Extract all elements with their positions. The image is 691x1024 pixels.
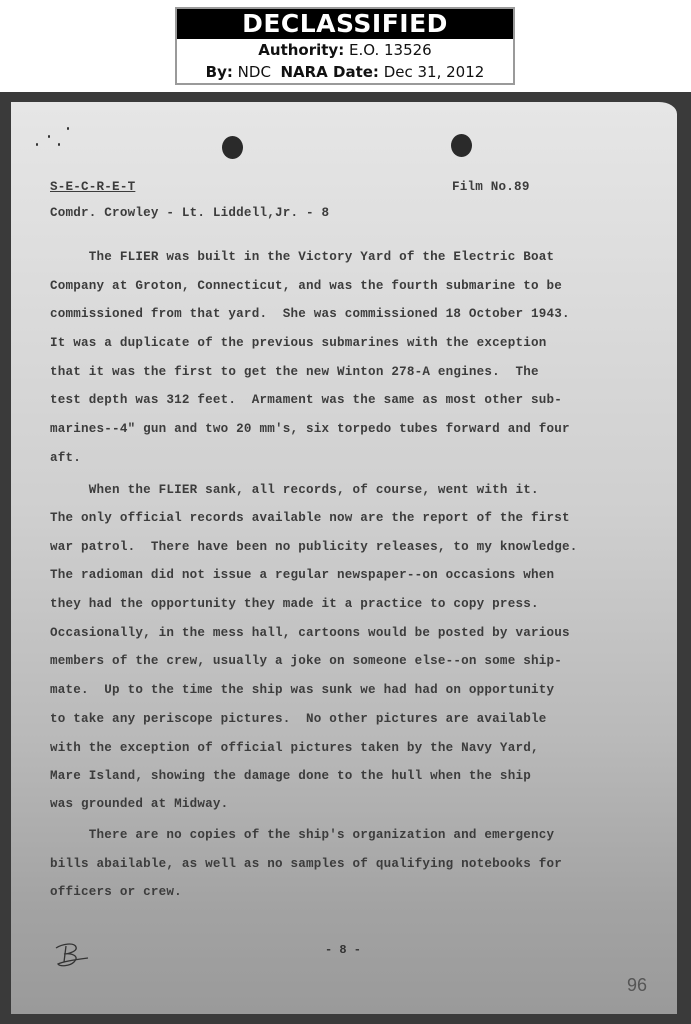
body-line: When the FLIER sank, all records, of cou… (50, 483, 539, 497)
classification-marking: S-E-C-R-E-T (50, 180, 135, 194)
body-line: Company at Groton, Connecticut, and was … (50, 279, 562, 293)
stamp-authority: Authority: E.O. 13526 (177, 39, 513, 61)
speck (48, 135, 50, 138)
body-line: was grounded at Midway. (50, 797, 228, 811)
by-label: By: (206, 63, 233, 81)
authority-value: E.O. 13526 (349, 41, 432, 59)
punch-hole-right (451, 134, 472, 157)
body-line: war patrol. There have been no publicity… (50, 540, 578, 554)
nara-date-value: Dec 31, 2012 (384, 63, 485, 81)
nara-date-label: NARA Date: (280, 63, 378, 81)
body-line: Mare Island, showing the damage done to … (50, 769, 531, 783)
handwritten-initial-icon (52, 940, 92, 970)
body-line: The only official records available now … (50, 511, 570, 525)
body-line: to take any periscope pictures. No other… (50, 712, 546, 726)
body-line: officers or crew. (50, 885, 182, 899)
stamp-by-date: By: NDC NARA Date: Dec 31, 2012 (177, 61, 513, 83)
punch-hole-left (222, 136, 243, 159)
film-number: Film No.89 (452, 180, 530, 194)
document-page (11, 102, 677, 1014)
body-line: mate. Up to the time the ship was sunk w… (50, 683, 554, 697)
page-number: - 8 - (325, 943, 361, 957)
stamp-title: DECLASSIFIED (177, 9, 513, 39)
body-line: aft. (50, 451, 81, 465)
authority-label: Authority: (258, 41, 344, 59)
body-line: The radioman did not issue a regular new… (50, 568, 554, 582)
folio-number: 96 (627, 975, 647, 996)
body-line: with the exception of official pictures … (50, 741, 539, 755)
speck (58, 143, 60, 146)
body-line: It was a duplicate of the previous subma… (50, 336, 546, 350)
body-line: members of the crew, usually a joke on s… (50, 654, 562, 668)
body-line: they had the opportunity they made it a … (50, 597, 539, 611)
body-line: bills abailable, as well as no samples o… (50, 857, 562, 871)
body-line: marines--4" gun and two 20 mm's, six tor… (50, 422, 570, 436)
body-line: The FLIER was built in the Victory Yard … (50, 250, 554, 264)
declassified-stamp: DECLASSIFIED Authority: E.O. 13526 By: N… (175, 7, 515, 85)
body-line: Occasionally, in the mess hall, cartoons… (50, 626, 570, 640)
speck (36, 143, 38, 146)
by-value: NDC (238, 63, 271, 81)
body-line: that it was the first to get the new Win… (50, 365, 539, 379)
body-line: test depth was 312 feet. Armament was th… (50, 393, 562, 407)
speck (67, 127, 69, 130)
interview-heading: Comdr. Crowley - Lt. Liddell,Jr. - 8 (50, 206, 329, 220)
body-line: There are no copies of the ship's organi… (50, 828, 554, 842)
body-line: commissioned from that yard. She was com… (50, 307, 570, 321)
